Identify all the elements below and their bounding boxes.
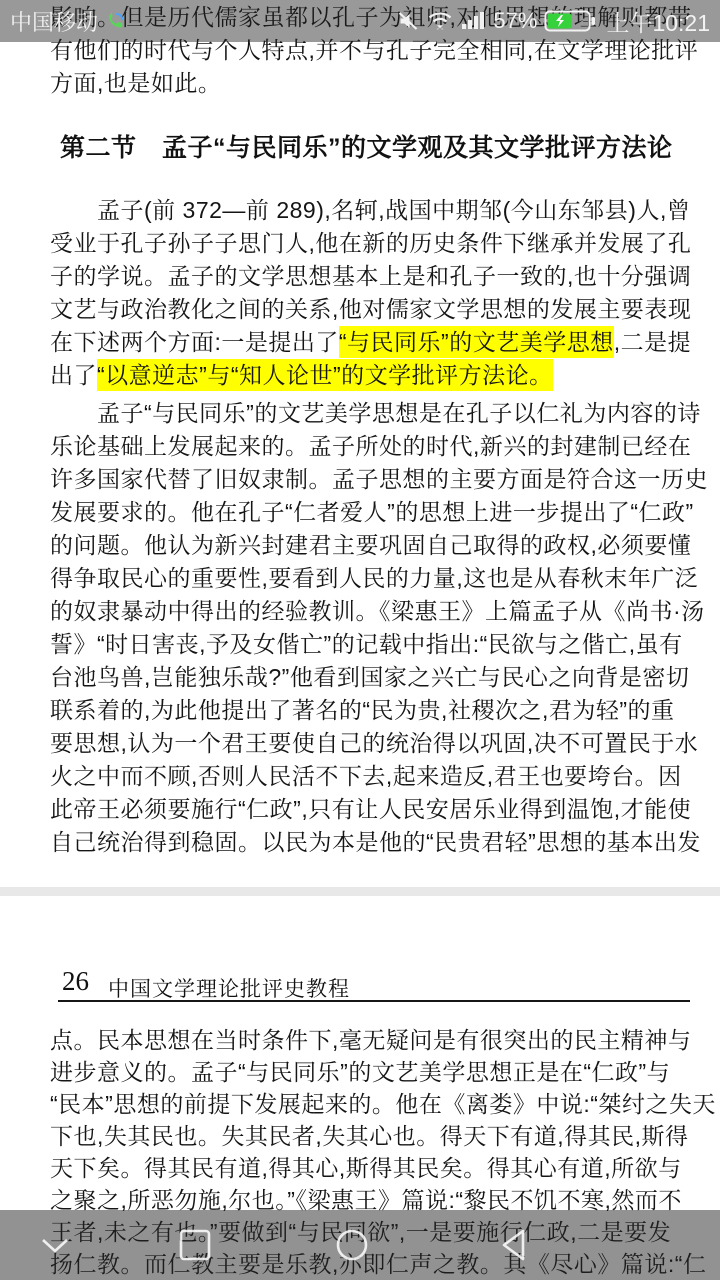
highlight-2: “以意逆志”与“知人论世”的文学批评方法论。 bbox=[97, 359, 553, 391]
back-button[interactable] bbox=[495, 1225, 535, 1265]
page-number: 26 bbox=[62, 966, 89, 997]
home-button[interactable] bbox=[332, 1225, 372, 1265]
page-separator bbox=[0, 887, 720, 896]
mute-icon bbox=[396, 9, 420, 33]
highlight-1: “与民同乐”的文艺美学思想 bbox=[339, 326, 614, 358]
hide-navbar-button[interactable] bbox=[35, 1225, 75, 1265]
navigation-bar bbox=[0, 1210, 720, 1280]
status-bar[interactable]: 中国移动 bbox=[0, 0, 720, 42]
hd-call-icon bbox=[104, 9, 128, 33]
paragraph-1: 孟子(前 372—前 289),名轲,战国中期邹(今山东邹县)人,曾 受业于孔子… bbox=[50, 194, 691, 392]
battery-icon bbox=[544, 8, 596, 34]
reader-screen[interactable]: 影响。但是历代儒家虽都以孔子为祖师,对他思想的理解则都带 有他们的时代与个人特点… bbox=[0, 0, 720, 1280]
recents-button[interactable] bbox=[175, 1225, 215, 1265]
running-head-rule bbox=[58, 1000, 690, 1002]
carrier-label: 中国移动 bbox=[10, 6, 98, 37]
status-icons: 57% 上午10:21 bbox=[396, 5, 710, 38]
circle-icon bbox=[332, 1225, 372, 1265]
chevron-down-icon bbox=[35, 1225, 75, 1265]
square-icon bbox=[175, 1225, 215, 1265]
book-title: 中国文学理论批评史教程 bbox=[108, 973, 350, 1003]
triangle-left-icon bbox=[495, 1225, 535, 1265]
battery-percent-label: 57% bbox=[493, 8, 537, 34]
section-heading: 第二节 孟子“与民同乐”的文学观及其文学批评方法论 bbox=[60, 128, 673, 164]
paragraph-2: 孟子“与民同乐”的文艺美学思想是在孔子以仁礼为内容的诗 乐论基础上发展起来的。孟… bbox=[50, 397, 708, 859]
signal-icon bbox=[460, 9, 486, 33]
clock-label: 上午10:21 bbox=[606, 5, 710, 38]
wlan-icon bbox=[427, 9, 453, 33]
